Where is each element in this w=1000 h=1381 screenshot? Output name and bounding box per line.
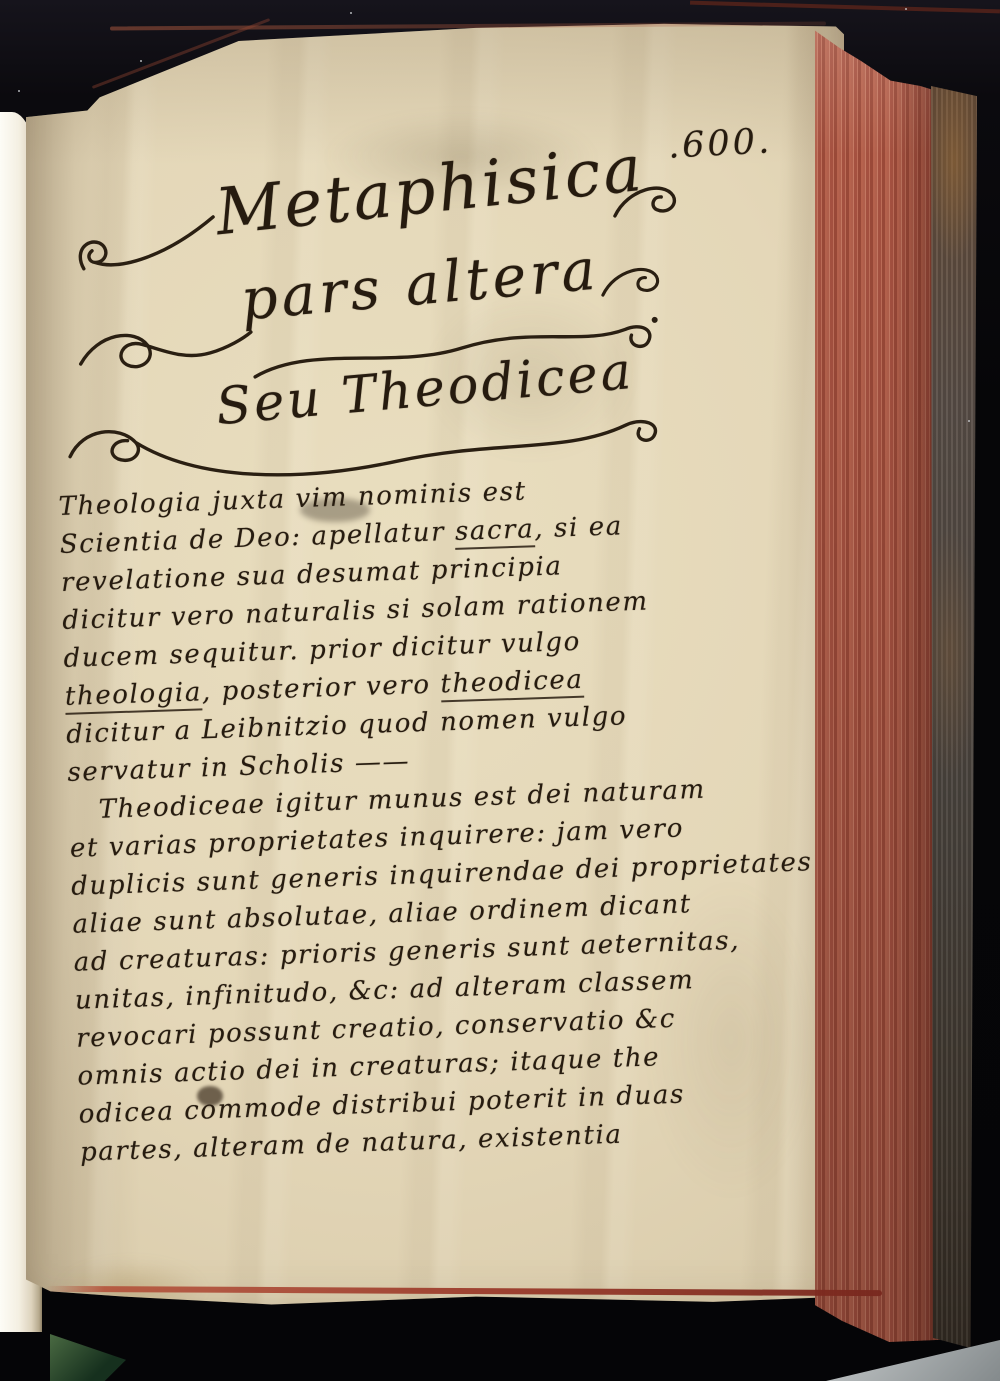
manuscript-page: .600. Metaphisica pars altera Seu Theodi… [26, 20, 844, 1332]
dust-speck [140, 60, 142, 62]
underlined-word: theologia [64, 677, 202, 715]
body-text: Theologia juxta vim nominis estScientia … [58, 464, 790, 1171]
dust-speck [905, 8, 907, 10]
underlined-word: theodicea [440, 665, 584, 703]
background-object-green [50, 1334, 126, 1381]
underlined-word: sacra [454, 514, 534, 550]
dust-speck [968, 420, 970, 422]
text-segment: , si ea [534, 511, 623, 544]
photograph: .600. Metaphisica pars altera Seu Theodi… [0, 0, 1000, 1381]
cover-top-edge-line [690, 1, 1000, 14]
book-cover-edge [931, 86, 977, 1348]
red-fore-edge [815, 24, 950, 1342]
text-segment: , posterior vero [201, 669, 441, 707]
scanner-bed-corner [826, 1340, 1000, 1381]
dust-speck [350, 12, 352, 14]
dust-speck [18, 90, 20, 92]
